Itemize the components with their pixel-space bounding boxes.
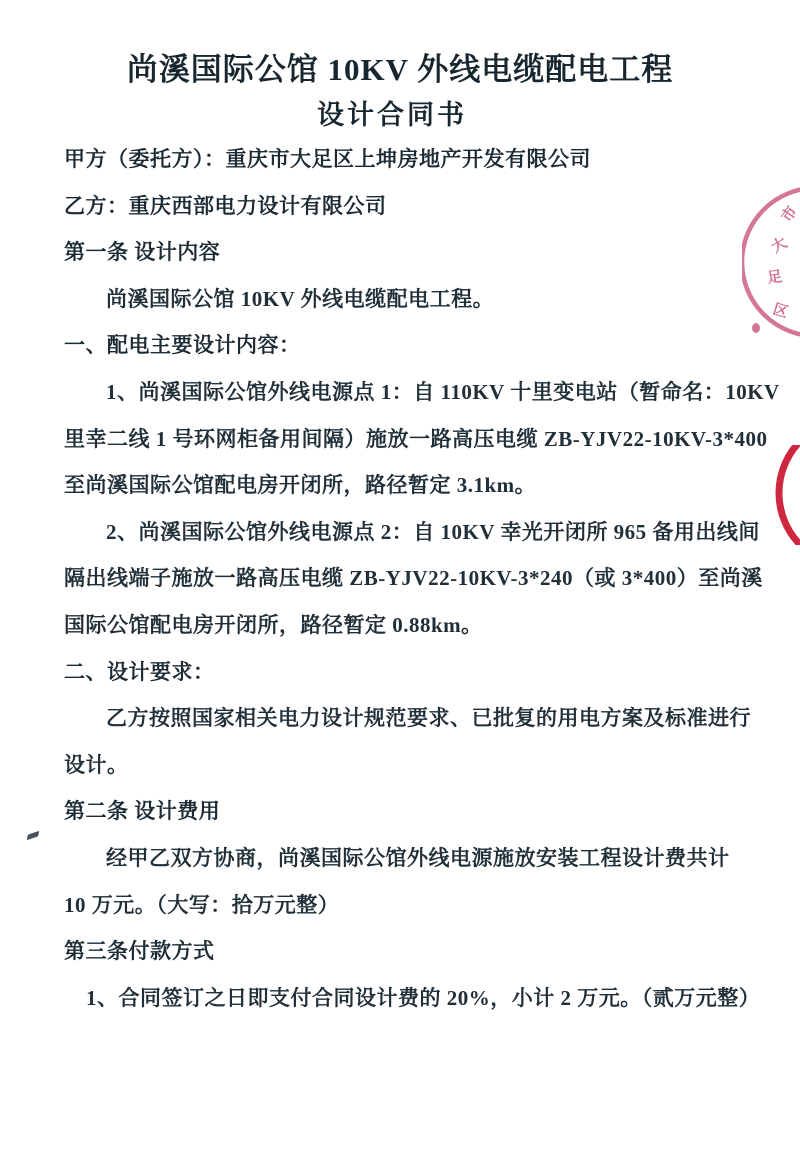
text-line: 乙方：重庆西部电力设计有限公司 xyxy=(64,193,744,240)
document-subtitle: 设计合同书 xyxy=(0,93,800,132)
text-line: 里幸二线 1 号环网柜备用间隔）施放一路高压电缆 ZB-YJV22-10KV-3… xyxy=(64,426,744,473)
text-line: 至尚溪国际公馆配电房开闭所，路径暂定 3.1km。 xyxy=(64,472,744,519)
text-line: 1、尚溪国际公馆外线电源点 1：自 110KV 十里变电站（暂命名：10KV xyxy=(64,379,744,426)
document-title: 尚溪国际公馆 10KV 外线电缆配电工程 xyxy=(0,44,800,89)
text-line: 二、设计要求： xyxy=(64,659,744,706)
text-line: 国际公馆配电房开闭所，路径暂定 0.88km。 xyxy=(64,612,744,659)
text-line: 10 万元。（大写：拾万元整） xyxy=(64,892,744,939)
text-line: 甲方（委托方）：重庆市大足区上坤房地产开发有限公司 xyxy=(64,146,744,193)
seal-character: 大 xyxy=(769,234,791,256)
text-line: 设计。 xyxy=(64,752,744,799)
scanned-contract-page: 尚溪国际公馆 10KV 外线电缆配电工程 设计合同书 甲方（委托方）：重庆市大足… xyxy=(0,0,800,1173)
round-official-seal-icon: 市大足区 xyxy=(742,185,800,350)
text-line: 乙方按照国家相关电力设计规范要求、已批复的用电方案及标准进行 xyxy=(64,705,744,752)
text-line: 第二条 设计费用 xyxy=(64,798,744,845)
seal-character: 区 xyxy=(771,301,791,322)
text-line: 第一条 设计内容 xyxy=(64,239,744,286)
seal-character: 市 xyxy=(778,203,800,226)
red-arc-seal-icon xyxy=(765,445,800,545)
text-line: 一、配电主要设计内容： xyxy=(64,332,744,379)
text-line: 隔出线端子施放一路高压电缆 ZB-YJV22-10KV-3*240（或 3*40… xyxy=(64,565,744,612)
text-line: 2、尚溪国际公馆外线电源点 2：自 10KV 幸光开闭所 965 备用出线间 xyxy=(64,519,744,566)
document-body: 甲方（委托方）：重庆市大足区上坤房地产开发有限公司乙方：重庆西部电力设计有限公司… xyxy=(64,146,744,1031)
text-line: 尚溪国际公馆 10KV 外线电缆配电工程。 xyxy=(64,286,744,333)
text-line: 第三条付款方式 xyxy=(64,938,744,985)
seal-character: 足 xyxy=(766,268,783,287)
text-line: 1、合同签订之日即支付合同设计费的 20%，小计 2 万元。（贰万元整） xyxy=(64,985,744,1032)
text-line: 经甲乙双方协商，尚溪国际公馆外线电源施放安装工程设计费共计 xyxy=(64,845,744,892)
ink-speck xyxy=(27,831,40,840)
